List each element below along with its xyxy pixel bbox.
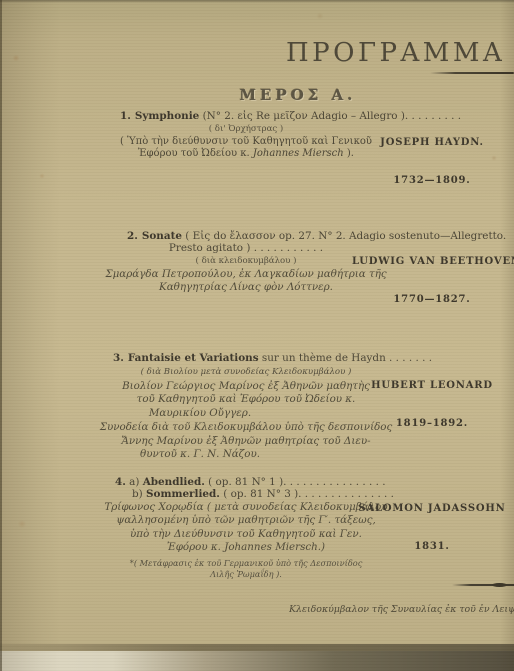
bottom-note: Κλειδοκύμβαλον τῆς Συναυλίας ἐκ τοῦ ἐν Λ… bbox=[289, 604, 514, 615]
page-left-edge bbox=[0, 0, 2, 671]
item-number: 2. bbox=[127, 230, 138, 242]
item-number: 3. bbox=[113, 352, 124, 364]
composer-block-3: HUBERT LEONARD 1819–1892. bbox=[352, 355, 512, 455]
item-title: Fantaisie et Variations bbox=[124, 352, 259, 364]
composer-dates: 1770—1827. bbox=[352, 294, 512, 307]
composer-dates: 1732—1809. bbox=[352, 175, 512, 188]
page-title: ΠΡΟΓΡΑΜΜΑ Τ bbox=[286, 38, 514, 68]
note-text: Ἐφόρου τοῦ Ὠδείου κ. bbox=[138, 148, 253, 159]
page-bottom-edge bbox=[0, 651, 514, 671]
divider-dot bbox=[492, 583, 507, 587]
note-text: ) bbox=[321, 541, 325, 553]
composer-dates: 1831. bbox=[352, 541, 512, 554]
sub-item-label: a) bbox=[126, 476, 143, 488]
item-number: 4. bbox=[115, 476, 126, 488]
item-title: Sonate bbox=[138, 230, 182, 242]
item-title: Abendlied. bbox=[143, 476, 205, 488]
composer-block-1: JOSEPH HAYDN. 1732—1809. bbox=[352, 112, 512, 212]
composer-name: LUDWIG VAN BEETHOVEN bbox=[352, 256, 512, 269]
performer-name: Johannes Miersch. bbox=[224, 541, 321, 553]
title-underline-rule bbox=[430, 72, 514, 74]
program-page: ΠΡΟΓΡΑΜΜΑ Τ ΜΕΡΟΣ Α. 1.Symphonie (N° 2. … bbox=[0, 0, 514, 671]
composer-name: SALOMON JADASSOHN bbox=[352, 503, 512, 516]
item-title: Sommerlied. bbox=[146, 488, 220, 500]
item-title: Symphonie bbox=[131, 110, 199, 122]
composer-block-2: LUDWIG VAN BEETHOVEN 1770—1827. bbox=[352, 231, 512, 331]
composer-block-4: SALOMON JADASSOHN 1831. bbox=[352, 478, 512, 578]
section-heading: ΜΕΡΟΣ Α. bbox=[208, 86, 388, 104]
performer-name: Johannes Miersch bbox=[253, 148, 344, 159]
item-number: 1. bbox=[120, 110, 131, 122]
note-text: Ἐφόρου κ. bbox=[167, 541, 224, 553]
composer-name: HUBERT LEONARD bbox=[352, 380, 512, 393]
composer-dates: 1819–1892. bbox=[352, 418, 512, 431]
composer-name: JOSEPH HAYDN. bbox=[352, 137, 512, 150]
tapered-divider-rule bbox=[452, 584, 514, 586]
sub-item-label: b) bbox=[132, 488, 146, 500]
